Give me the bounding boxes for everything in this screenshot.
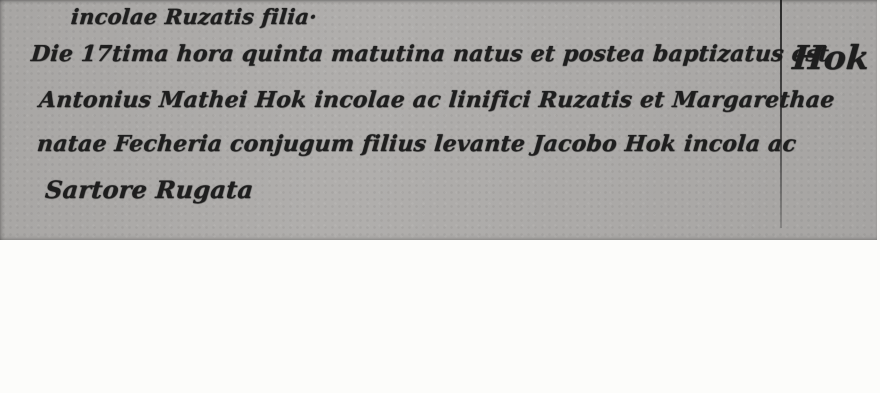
record-line: Antonius Mathei Hok incolae ac linifici …	[38, 87, 836, 113]
record-line: natae Fecheria conjugum filius levante J…	[36, 131, 797, 157]
scanned-register-page: Baptizati 1831et 1832 170 Februarius	[0, 0, 880, 393]
margin-surname: Hok	[791, 38, 871, 77]
record-line: Sartore Rugata	[44, 175, 255, 204]
record-line: Die 17tima hora quinta matutina natus et…	[30, 41, 830, 67]
baptism-record-block: incolae Ruzatis filia· Die 17tima hora q…	[0, 0, 877, 240]
record-column-rule	[780, 0, 782, 228]
record-line: incolae Ruzatis filia·	[70, 4, 318, 29]
